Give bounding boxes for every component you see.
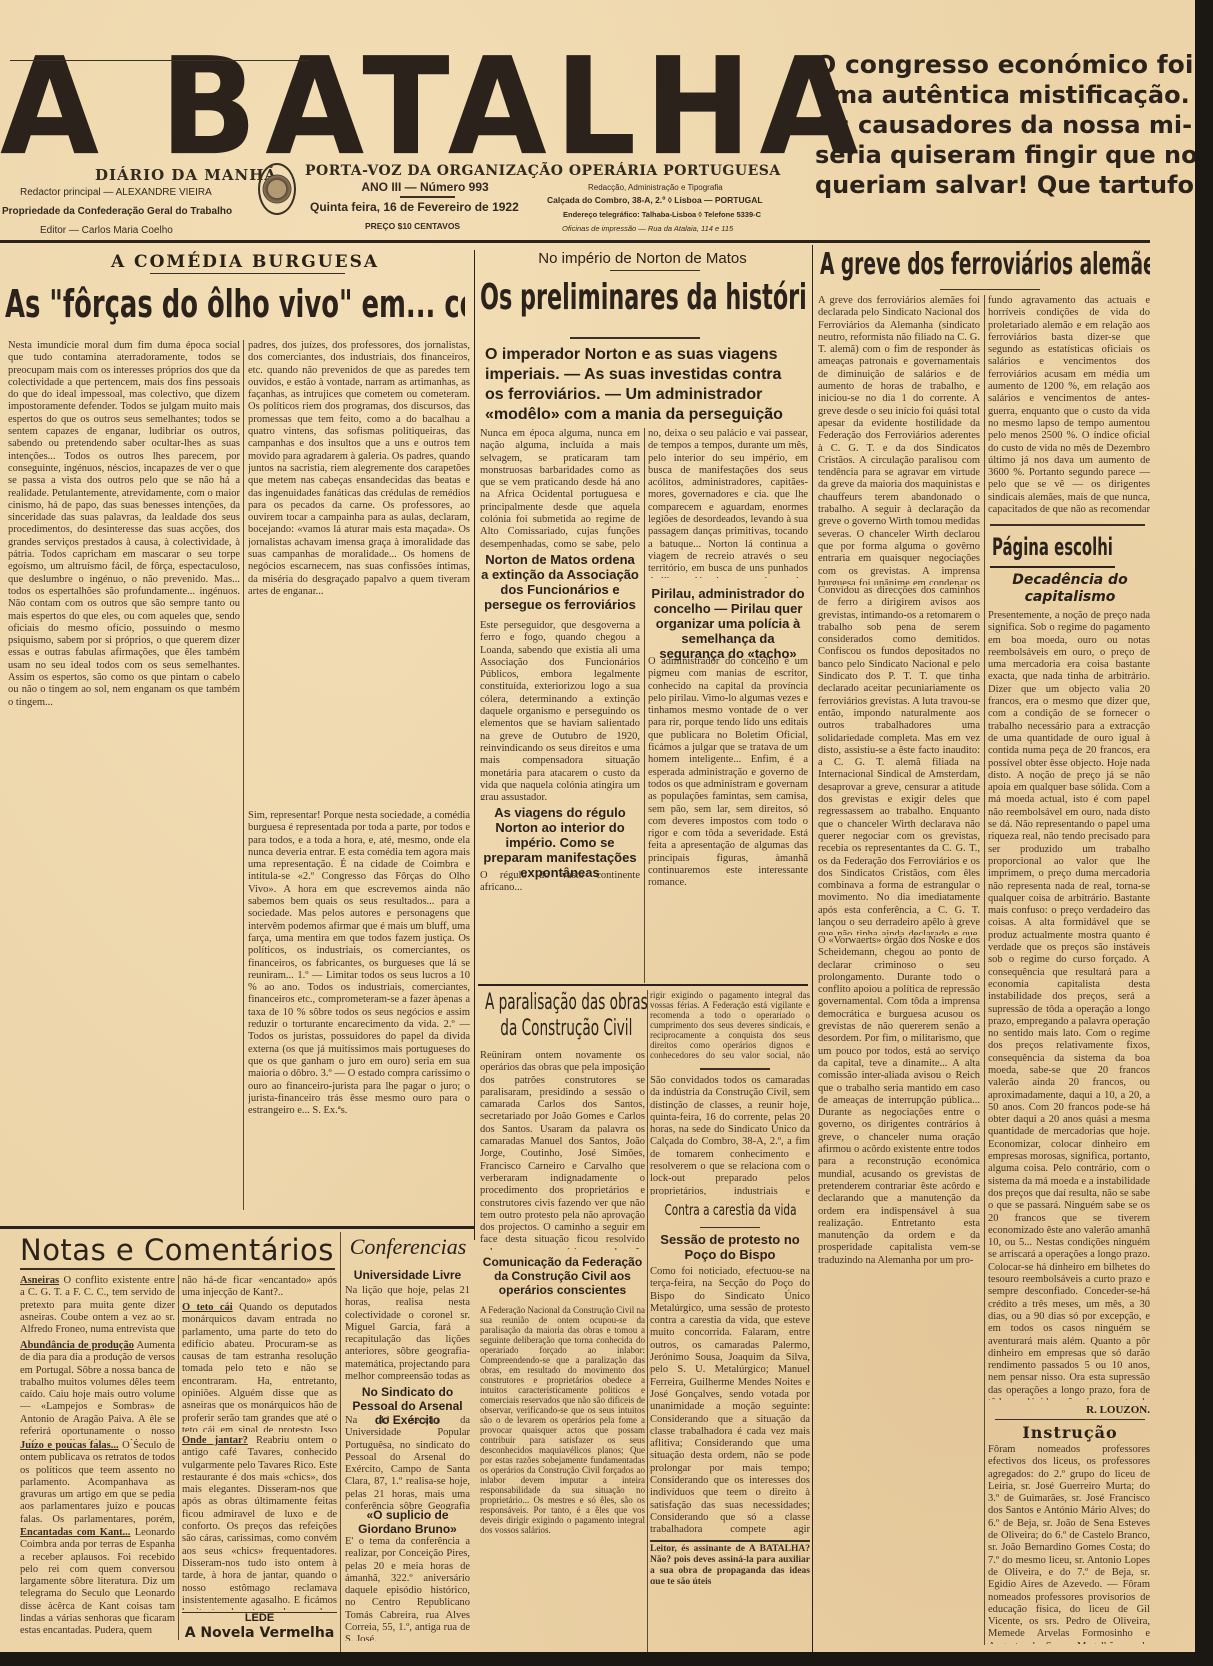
instrucao-title: Instrução bbox=[990, 1423, 1150, 1442]
pagina-body: Presentemente, a noção de preço nada sig… bbox=[988, 610, 1150, 1400]
federacao-note: rigir exigindo o pagamento integral das … bbox=[650, 990, 810, 1060]
greve-col-2: fundo agravamento das actuais e horrívei… bbox=[988, 295, 1150, 517]
address: Calçada do Combro, 38-A, 2.º ◊ Lisboa — … bbox=[547, 193, 767, 207]
nota-item: Juízo e poucas falas... O Seculo de onte… bbox=[20, 1440, 175, 1525]
nota-label: Juízo e poucas falas... bbox=[20, 1440, 119, 1451]
nota-label: Encantadas com Kant... bbox=[20, 1527, 130, 1538]
workshops: Oficinas de impressão — Rua da Atalaia, … bbox=[562, 222, 772, 236]
nota-label: Asneiras bbox=[20, 1275, 59, 1286]
nota-label: Onde jantar? bbox=[182, 1435, 248, 1446]
nota-label: O teto cái bbox=[182, 1302, 233, 1313]
masthead-title: A BATALHA bbox=[0, 45, 770, 171]
scan-edge bbox=[1195, 0, 1213, 1666]
conferencias-section-title: Conferencias bbox=[348, 1232, 468, 1262]
nota-text: não há-de ficar «encantado» após uma inj… bbox=[182, 1275, 337, 1298]
pagina-section-title: Página escolhida bbox=[992, 530, 1110, 564]
comedia-headline-wrap: As "fôrças do ôlho vivo" em... congresso bbox=[5, 280, 465, 330]
carestia-body: Como foi noticiado, efectuou-se na terça… bbox=[650, 1266, 810, 1538]
notas-top-rule bbox=[0, 1226, 474, 1229]
greve-col-1: A greve dos ferroviários alemães foi dec… bbox=[818, 295, 980, 585]
norton-headline-wrap: Os preliminares da história bbox=[480, 275, 805, 323]
editor-line: Editor — Carlos Maria Coelho bbox=[40, 224, 240, 238]
carestia-headline-wrap: Contra a carestia da vida bbox=[650, 1198, 810, 1224]
section-divider bbox=[474, 250, 475, 1240]
paralisacao-divider bbox=[647, 990, 648, 1652]
norton-col-1: Nunca em época alguma, nunca em nação al… bbox=[480, 428, 640, 550]
conferencia-text: Na 4.ª secção da Universidade Popular Po… bbox=[345, 1415, 470, 1510]
nota-item: não há-de ficar «encantado» após uma inj… bbox=[182, 1275, 337, 1300]
paralisacao-headline: A paralisação das obras da Construção Ci… bbox=[478, 990, 653, 1042]
nota-item: Encantadas com Kant... Leonardo Coimbra … bbox=[20, 1527, 175, 1637]
norton-col-1c: O régulo do vasto continente africano... bbox=[480, 870, 640, 970]
issue-price: PREÇO $10 CENTAVOS bbox=[365, 221, 485, 231]
norton-kicker-rule bbox=[610, 270, 700, 271]
carestia-sub: Sessão de protesto no Poço do Bispo bbox=[650, 1232, 810, 1262]
notas-divider bbox=[178, 1275, 179, 1640]
pagina-bottom-rule bbox=[990, 566, 1115, 568]
kicker-rule bbox=[150, 273, 345, 274]
nota-item: Onde jantar? Reabriu ontem o antigo café… bbox=[182, 1435, 337, 1610]
pagina-top-rule bbox=[990, 524, 1145, 526]
instrucao-body: Fôram nomeados professores efectivos dos… bbox=[988, 1444, 1150, 1644]
greve-headline-wrap: A greve dos ferroviários alemães bbox=[820, 245, 1150, 287]
conferencia-text: Na lição que hoje, pelas 21 horas, reali… bbox=[345, 1285, 470, 1380]
federacao-communique-body: A Federação Nacional da Construção Civil… bbox=[480, 1305, 645, 1580]
nota-label: Abundância de produção bbox=[20, 1340, 134, 1351]
lead-line-3: Os causadores da nossa mi- bbox=[815, 110, 1145, 140]
subscribe-promo: Leitor, és assinante de A BATALHA? Não? … bbox=[650, 1544, 810, 1584]
conferencia-title: «O suplicio de Giordano Bruno» bbox=[345, 1508, 470, 1536]
norton-sub-1: Norton de Matos ordena a extinção da Ass… bbox=[480, 552, 640, 612]
issue-rule bbox=[400, 196, 455, 198]
comedia-headline: As "fôrças do ôlho vivo" em... congresso bbox=[5, 280, 465, 328]
ad-novela-vermelha: A Novela Vermelha bbox=[182, 1625, 337, 1641]
nota-text: Quando os deputados monárquicos davam en… bbox=[182, 1302, 337, 1432]
note-rule bbox=[700, 1068, 770, 1070]
conferencias-divider bbox=[340, 1232, 341, 1652]
comedia-col-2: padres, dos juízes, dos professores, dos… bbox=[248, 340, 470, 810]
norton-sub-3: Pirilau, administrador do concelho — Pir… bbox=[648, 586, 808, 661]
lead-line-4: séria quiseram fingir que nos bbox=[815, 140, 1145, 170]
greve-divider bbox=[984, 295, 985, 1645]
construcao-convocation: São convidados todos os camaradas da ind… bbox=[650, 1075, 810, 1195]
greve-rule bbox=[940, 289, 1040, 290]
norton-col-1b: Este perseguidor, que desgoverna a ferro… bbox=[480, 620, 640, 800]
nota-item: Abundância de produção Aumenta de dia pa… bbox=[20, 1340, 175, 1440]
nota-text: O Seculo de ontem publicava os retratos … bbox=[20, 1440, 175, 1525]
issue-date: Quinta feira, 16 de Fevereiro de 1922 bbox=[310, 200, 530, 214]
federacao-communique-title: Comunicação da Federação da Construção C… bbox=[480, 1255, 645, 1297]
notas-title-rule bbox=[20, 1268, 335, 1270]
comedia-kicker: A COMÉDIA BURGUESA bbox=[85, 252, 405, 272]
paralisacao-body: Reüniram ontem novamente os operários da… bbox=[480, 1050, 645, 1250]
lead-headline: O congresso económico foi uma autêntica … bbox=[815, 50, 1145, 200]
promo-rule bbox=[650, 1540, 810, 1542]
ad-kicker: LEDE bbox=[182, 1612, 337, 1624]
conferencia-title: Universidade Livre bbox=[345, 1268, 470, 1282]
norton-col-2b: O administrador do concelho é um pigmeu … bbox=[648, 656, 808, 976]
nota-item: O teto cái Quando os deputados monárquic… bbox=[182, 1302, 337, 1432]
comedia-col-2-cont: Sim, representar! Porque nesta sociedade… bbox=[248, 810, 470, 1220]
newspaper-page: A BATALHA DIÁRIO DA MANHÃ Redactor princ… bbox=[0, 0, 1195, 1652]
right-section-divider bbox=[812, 245, 813, 1652]
nota-text: Leonardo Coimbra anda por terras de Espa… bbox=[20, 1527, 175, 1636]
owner-line: Propriedade da Confederação Geral do Tra… bbox=[2, 205, 262, 219]
norton-deck: O imperador Norton e as suas viagens imp… bbox=[485, 345, 800, 425]
scan-bottom-edge bbox=[0, 1652, 1213, 1666]
norton-sub-2: As viagens do régulo Norton ao interior … bbox=[480, 805, 640, 880]
lead-line-2: uma autêntica mistificação. bbox=[815, 80, 1145, 110]
nota-item: Asneiras O conflito existente entre a C.… bbox=[20, 1275, 175, 1335]
tagline: PORTA-VOZ DA ORGANIZAÇÃO OPERÁRIA PORTUG… bbox=[305, 163, 765, 179]
lead-line-5: queriam salvar! Que tartufos! bbox=[815, 170, 1145, 200]
norton-head-rule bbox=[570, 337, 700, 339]
lead-line-1: O congresso económico foi bbox=[815, 50, 1145, 80]
telegraph: Endereço telegráfico: Talhaba-Lisboa ◊ T… bbox=[563, 208, 773, 222]
comedia-col-1: Nesta imundície moral dum fim duma época… bbox=[8, 340, 240, 1230]
instrucao-rule bbox=[995, 1419, 1145, 1420]
norton-divider bbox=[644, 428, 645, 983]
pagina-article-title: Decadência do capitalismo bbox=[995, 572, 1145, 606]
greve-col-1c: O «Vorwaerts» órgão dos Noske e dos Sche… bbox=[818, 935, 980, 1652]
notas-title: Notas e Comentários bbox=[20, 1232, 335, 1268]
norton-col-2: no, deixa o seu palácio e vai passear, d… bbox=[648, 428, 808, 578]
greve-headline: A greve dos ferroviários alemães bbox=[820, 245, 1150, 285]
masthead-bottom-rule bbox=[0, 240, 1150, 243]
pagina-section-wrap: Página escolhida bbox=[992, 530, 1112, 566]
conferencia-text: E' o tema da conferência a realizar, por… bbox=[345, 1536, 470, 1641]
nota-text: Reabriu ontem o antigo café Tavares, con… bbox=[182, 1435, 337, 1610]
union-seal-emblem bbox=[258, 163, 296, 215]
nota-text: Aumenta de dia para dia a produção de ve… bbox=[20, 1340, 175, 1440]
norton-headline: Os preliminares da história bbox=[480, 275, 805, 321]
carestia-headline: Contra a carestia da vida bbox=[650, 1198, 810, 1222]
carestia-rule bbox=[700, 1227, 760, 1228]
greve-col-1b: Convidou as direcções dos caminhos de fe… bbox=[818, 585, 980, 935]
masthead-rule bbox=[10, 60, 310, 61]
editor-chief: Redactor principal — ALEXANDRE VIEIRA bbox=[20, 186, 280, 200]
issue-number: ANO III — Número 993 bbox=[360, 180, 490, 194]
col-divider bbox=[243, 340, 244, 1210]
pagina-signature: R. LOUZON. bbox=[1065, 1404, 1150, 1416]
norton-bottom-rule bbox=[478, 984, 808, 986]
norton-kicker: No império de Norton de Matos bbox=[480, 250, 805, 267]
